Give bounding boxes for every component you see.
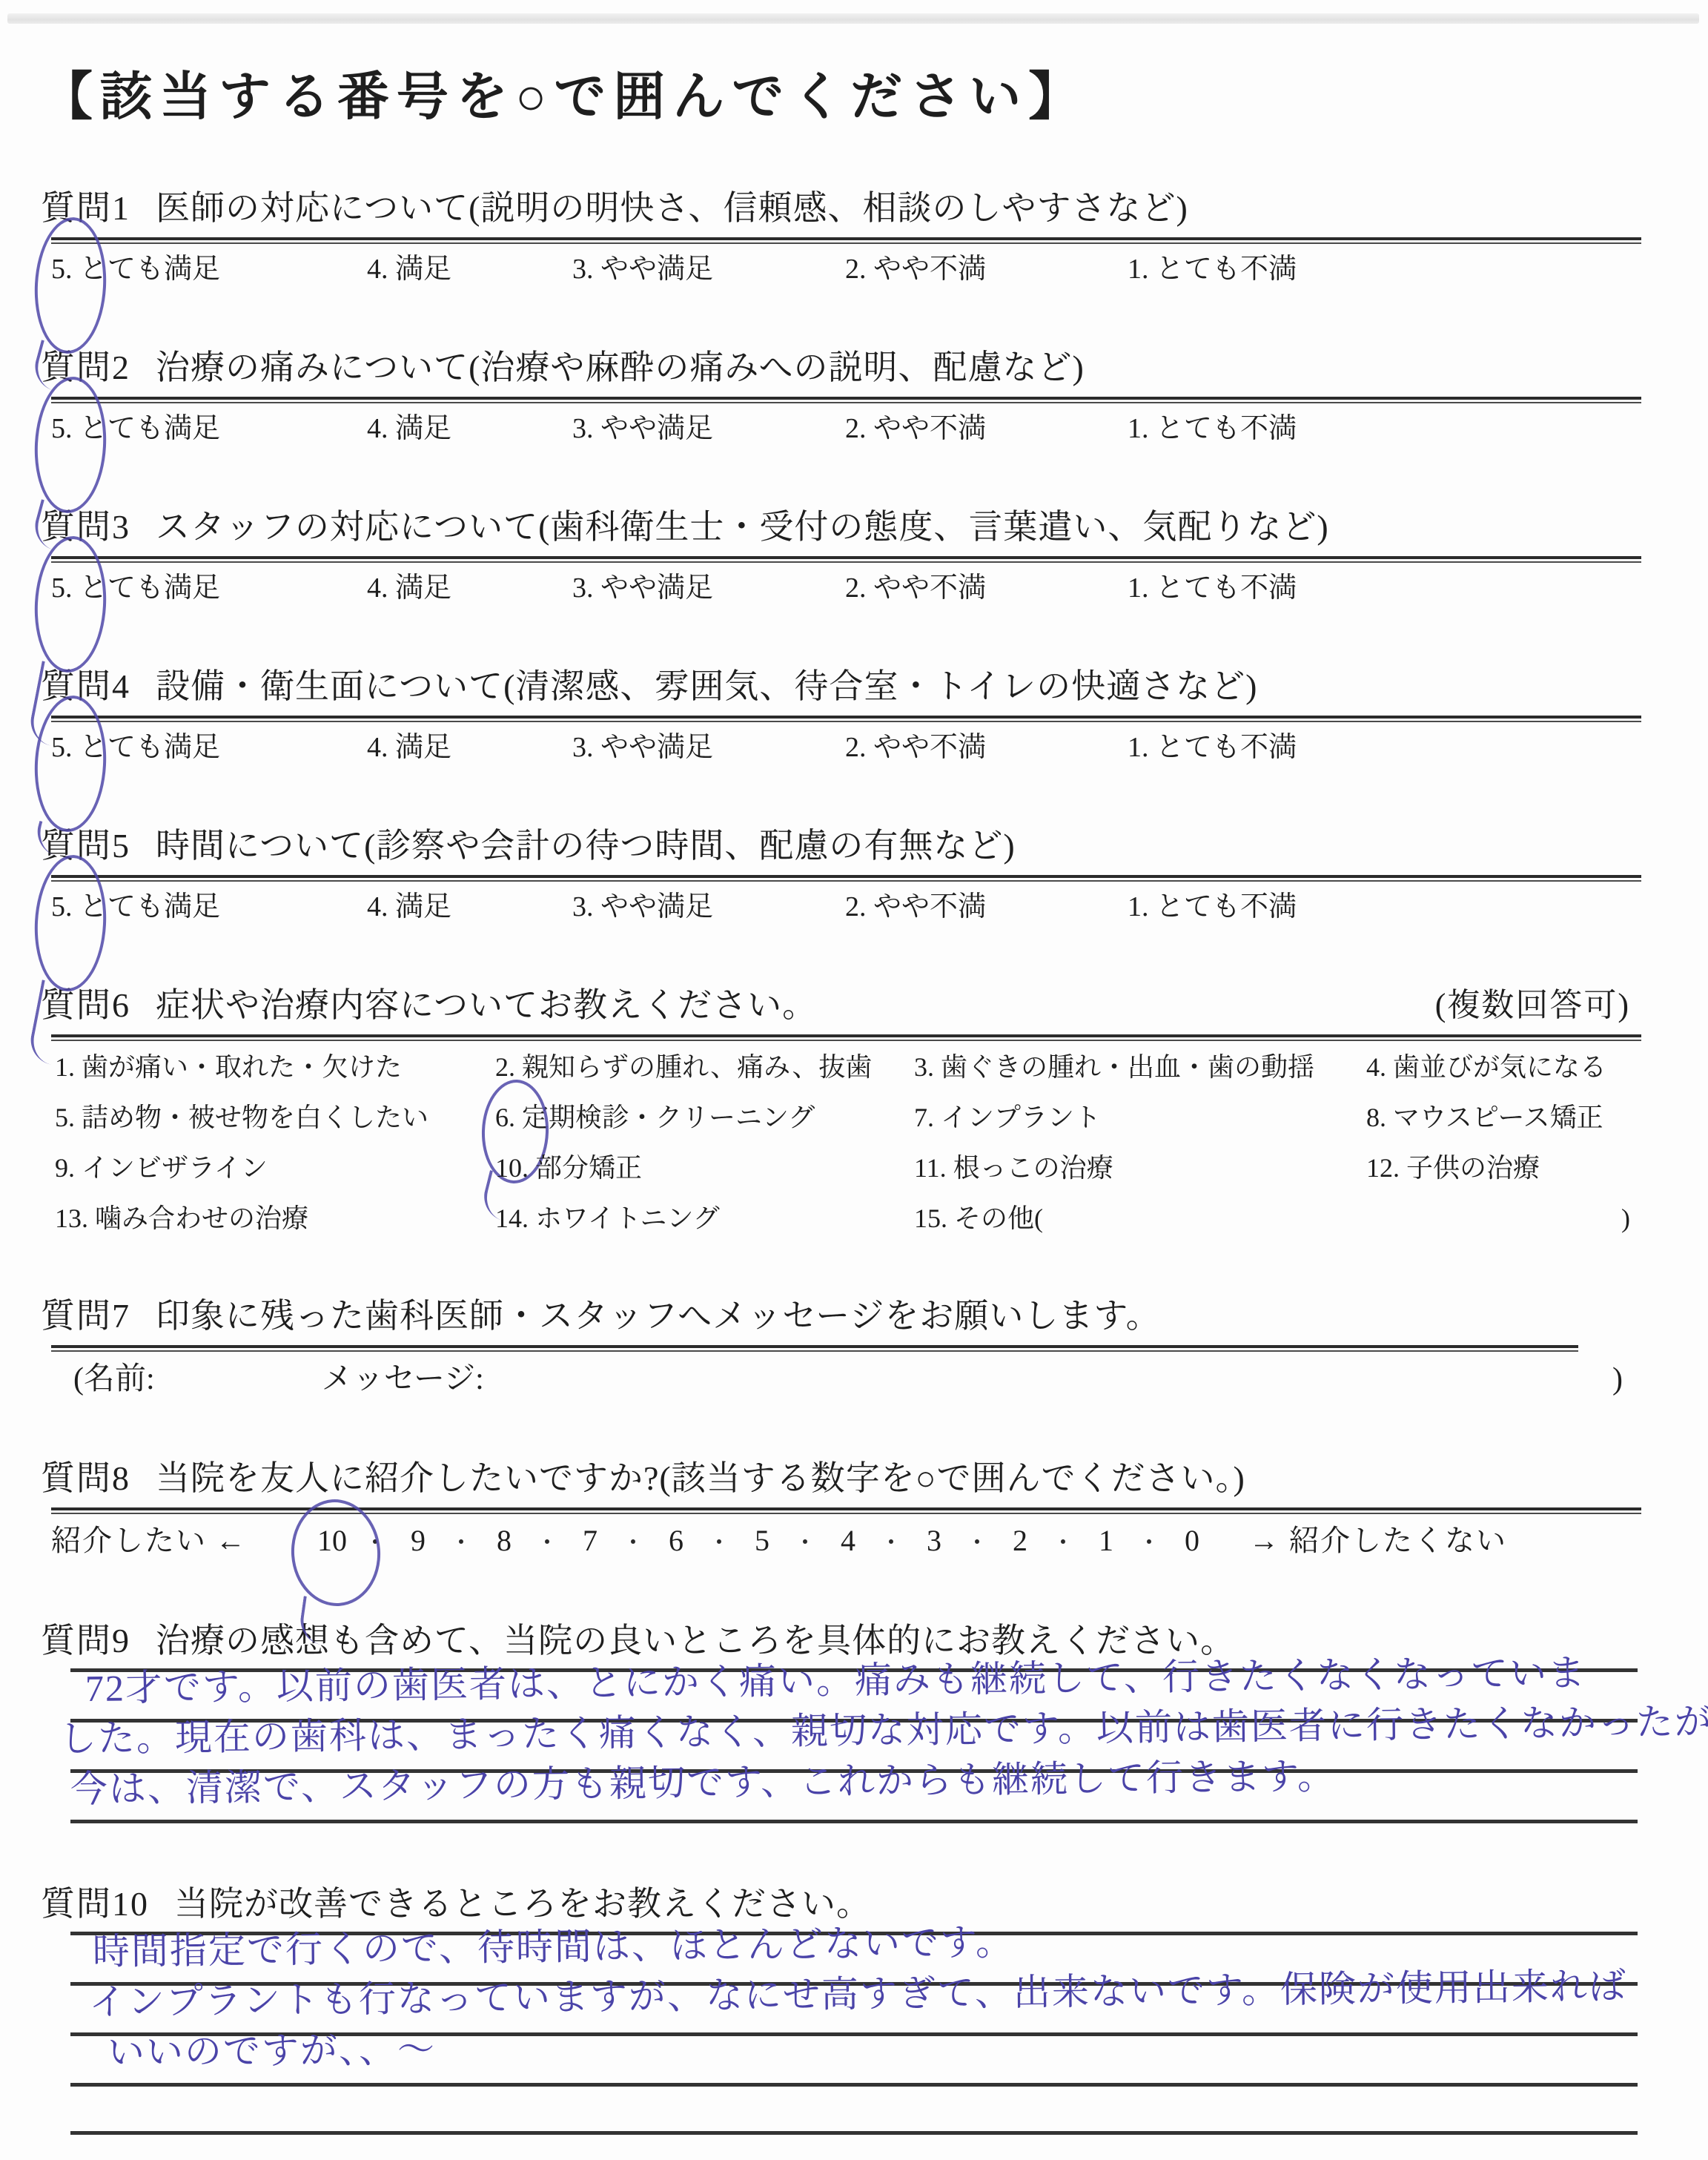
question-10-header: 質問10 当院が改善できるところをお教えください。 — [41, 1883, 1667, 1926]
page-bottom-writing-line — [70, 2131, 1638, 2135]
likert-options-row: 5. とても満足 4. 満足 3. やや満足 2. やや不満 1. とても不満 — [41, 411, 1667, 446]
handwritten-circle-annotation — [31, 535, 109, 675]
question-label: 質問10 — [41, 1883, 149, 1926]
question-text: 症状や治療内容についてお教えください。 — [156, 984, 817, 1027]
scale-dot-separator: ・ — [698, 1523, 741, 1562]
symptom-option-1[interactable]: 1. 歯が痛い・取れた・欠けた — [55, 1050, 495, 1084]
question-label: 質問7 — [41, 1295, 130, 1338]
symptom-option-3[interactable]: 3. 歯ぐきの腫れ・出血・歯の動揺 — [914, 1050, 1366, 1084]
symptom-option-label: 4. 歯並びが気になる — [1366, 1052, 1606, 1082]
nps-number-5[interactable]: 5 — [741, 1522, 784, 1560]
likert-option-1[interactable]: 1. とても不満 — [1128, 251, 1297, 287]
likert-option-5[interactable]: 5. とても満足 — [51, 411, 367, 446]
nps-left-label: 紹介したい ← — [51, 1522, 311, 1560]
question-text: 時間について(診察や会計の待つ時間、配慮の有無など) — [156, 825, 1016, 868]
ruled-line — [51, 1507, 1641, 1514]
likert-option-2[interactable]: 2. やや不満 — [845, 889, 1128, 925]
question-8-header: 質問8 当院を友人に紹介したいですか?(該当する数字を○で囲んでください。) — [41, 1457, 1667, 1500]
likert-options-row: 5. とても満足 4. 満足 3. やや満足 2. やや不満 1. とても不満 — [41, 251, 1667, 287]
ruled-line — [51, 237, 1641, 244]
likert-option-label: 5. とても満足 — [51, 732, 220, 763]
multiple-answers-note: (複数回答可) — [1435, 984, 1630, 1027]
symptom-option-9[interactable]: 9. インビザライン — [55, 1151, 495, 1185]
question-text: 医師の対応について(説明の明快さ、信頼感、相談のしやすさなど) — [156, 187, 1188, 230]
question-label: 質問1 — [41, 187, 130, 230]
symptom-option-5[interactable]: 5. 詰め物・被せ物を白くしたい — [55, 1100, 495, 1135]
question-label: 質問3 — [41, 506, 130, 549]
symptom-option-12[interactable]: 12. 子供の治療 — [1366, 1151, 1667, 1185]
likert-option-label: 5. とても満足 — [51, 572, 220, 604]
symptom-option-label: 14. ホワイトニング — [495, 1203, 720, 1233]
nps-number-3[interactable]: 3 — [913, 1522, 956, 1560]
question-2-section: 質問2 治療の痛みについて(治療や麻酔の痛みへの説明、配慮など) 5. とても満… — [41, 346, 1667, 446]
likert-option-2[interactable]: 2. やや不満 — [845, 251, 1128, 287]
likert-option-2[interactable]: 2. やや不満 — [845, 730, 1128, 765]
scale-dot-separator: ・ — [1128, 1523, 1171, 1562]
survey-form-scan: 【該当する番号を○で囲んでください】 質問1 医師の対応について(説明の明快さ、… — [0, 0, 1708, 2160]
nps-number-label: 1 — [1099, 1524, 1113, 1557]
question-1-section: 質問1 医師の対応について(説明の明快さ、信頼感、相談のしやすさなど) 5. と… — [41, 187, 1667, 287]
likert-option-label: 5. とても満足 — [51, 891, 220, 922]
symptom-option-label: 3. 歯ぐきの腫れ・出血・歯の動揺 — [914, 1052, 1314, 1082]
nps-number-label: 10 — [317, 1524, 347, 1557]
likert-option-4[interactable]: 4. 満足 — [367, 570, 572, 606]
handwritten-circle-annotation — [31, 375, 109, 515]
likert-option-5[interactable]: 5. とても満足 — [51, 570, 367, 606]
question-6-title: 質問6 症状や治療内容についてお教えください。 — [41, 984, 817, 1027]
scale-dot-separator: ・ — [440, 1523, 483, 1562]
question-label: 質問9 — [41, 1619, 130, 1662]
symptom-option-14[interactable]: 14. ホワイトニング — [495, 1201, 914, 1235]
symptom-option-13[interactable]: 13. 噛み合わせの治療 — [55, 1201, 495, 1235]
question-text: 治療の痛みについて(治療や麻酔の痛みへの説明、配慮など) — [156, 346, 1085, 389]
handwritten-answer-line: インプラントも行なっていますが、なにせ高すぎて、出来ないです。保険が使用出来れば — [41, 1986, 1667, 2032]
handwritten-answer-line: いいのですが、、〜 — [41, 2036, 1667, 2083]
likert-options-row: 5. とても満足 4. 満足 3. やや満足 2. やや不満 1. とても不満 — [41, 889, 1667, 925]
handwritten-text: 時間指定で行くので、待時間は、ほとんどないです。 — [93, 1920, 1015, 1974]
nps-number-10[interactable]: 10 — [311, 1522, 354, 1560]
symptom-option-label: 7. インプラント — [914, 1103, 1101, 1132]
symptom-option-label: 8. マウスピース矯正 — [1366, 1103, 1603, 1132]
symptom-option-label: 1. 歯が痛い・取れた・欠けた — [55, 1052, 402, 1082]
question-label: 質問8 — [41, 1457, 130, 1500]
likert-option-4[interactable]: 4. 満足 — [367, 251, 572, 287]
nps-number-2[interactable]: 2 — [999, 1522, 1042, 1560]
likert-option-label: 3. やや満足 — [572, 732, 713, 763]
writing-line — [70, 2083, 1638, 2087]
likert-option-label: 4. 満足 — [367, 732, 451, 763]
likert-option-3[interactable]: 3. やや満足 — [572, 570, 845, 606]
question-2-header: 質問2 治療の痛みについて(治療や麻酔の痛みへの説明、配慮など) — [41, 346, 1667, 389]
nps-scale-row: 紹介したい ← 10 ・ 9 ・ 8 ・ 7 ・ 6 ・ 5 ・ 4 ・ 3 ・… — [41, 1522, 1667, 1560]
likert-option-label: 4. 満足 — [367, 254, 451, 285]
likert-option-label: 3. やや満足 — [572, 572, 713, 604]
ruled-line — [51, 1034, 1641, 1041]
question-4-header: 質問4 設備・衛生面について(清潔感、雰囲気、待合室・トイレの快適さなど) — [41, 665, 1667, 708]
likert-option-label: 1. とても不満 — [1128, 891, 1297, 922]
likert-option-label: 1. とても不満 — [1128, 732, 1297, 763]
question-5-header: 質問5 時間について(診察や会計の待つ時間、配慮の有無など) — [41, 825, 1667, 868]
likert-option-label: 1. とても不満 — [1128, 413, 1297, 444]
likert-option-label: 4. 満足 — [367, 891, 451, 922]
handwritten-answer-line: 今は、清潔で、スタッフの方も親切です、これからも継続して行きます。 — [41, 1773, 1667, 1820]
question-5-section: 質問5 時間について(診察や会計の待つ時間、配慮の有無など) 5. とても満足 … — [41, 825, 1667, 925]
nps-number-label: 2 — [1013, 1524, 1027, 1557]
symptom-option-label: 15. その他( — [914, 1203, 1043, 1233]
form-content: 【該当する番号を○で囲んでください】 質問1 医師の対応について(説明の明快さ、… — [0, 0, 1708, 2135]
handwritten-text: いいのですが、、〜 — [107, 2027, 437, 2075]
handwritten-circle-annotation — [31, 694, 109, 834]
symptom-option-label: 10. 部分矯正 — [495, 1153, 642, 1183]
question-text: 当院を友人に紹介したいですか?(該当する数字を○で囲んでください。) — [156, 1457, 1245, 1500]
handwritten-circle-annotation — [31, 853, 109, 994]
question-text: スタッフの対応について(歯科衛生士・受付の態度、言葉遣い、気配りなど) — [156, 506, 1329, 549]
question-6-header: 質問6 症状や治療内容についてお教えください。 (複数回答可) — [41, 984, 1667, 1027]
likert-option-label: 2. やや不満 — [845, 413, 986, 444]
likert-option-5[interactable]: 5. とても満足 — [51, 251, 367, 287]
symptom-option-label: 6. 定期検診・クリーニング — [495, 1103, 815, 1132]
question-label: 質問5 — [41, 825, 130, 868]
nps-number-0[interactable]: 0 — [1171, 1522, 1214, 1560]
question-label: 質問4 — [41, 665, 130, 708]
question-10-section: 質問10 当院が改善できるところをお教えください。 時間指定で行くので、待時間は… — [41, 1883, 1667, 2087]
symptom-option-label: 5. 詰め物・被せ物を白くしたい — [55, 1103, 428, 1132]
question-4-section: 質問4 設備・衛生面について(清潔感、雰囲気、待合室・トイレの快適さなど) 5.… — [41, 665, 1667, 765]
likert-option-1[interactable]: 1. とても不満 — [1128, 889, 1297, 925]
nps-number-label: 0 — [1185, 1524, 1199, 1557]
symptom-option-label: 12. 子供の治療 — [1366, 1153, 1540, 1183]
likert-option-4[interactable]: 4. 満足 — [367, 889, 572, 925]
likert-option-label: 3. やや満足 — [572, 413, 713, 444]
scale-dot-separator: ・ — [1042, 1523, 1085, 1562]
nps-number-8[interactable]: 8 — [483, 1522, 526, 1560]
likert-option-3[interactable]: 3. やや満足 — [572, 411, 845, 446]
ruled-line — [51, 875, 1641, 882]
scale-dot-separator: ・ — [612, 1523, 655, 1562]
answer-area: 72才です。以前の歯医者は、とにかく痛い。痛みも継続して、行きたくなくなっていま… — [41, 1668, 1667, 1823]
likert-option-5[interactable]: 5. とても満足 — [51, 889, 367, 925]
nps-number-label: 4 — [841, 1524, 855, 1557]
symptom-option-4[interactable]: 4. 歯並びが気になる — [1366, 1050, 1667, 1084]
likert-option-1[interactable]: 1. とても不満 — [1128, 570, 1297, 606]
scale-dot-separator: ・ — [354, 1523, 397, 1562]
symptom-option-15-other[interactable]: 15. その他( — [914, 1201, 1366, 1235]
question-3-section: 質問3 スタッフの対応について(歯科衛生士・受付の態度、言葉遣い、気配りなど) … — [41, 506, 1667, 606]
nps-number-1[interactable]: 1 — [1085, 1522, 1128, 1560]
message-field-label: メッセージ: — [322, 1361, 484, 1398]
likert-option-3[interactable]: 3. やや満足 — [572, 730, 845, 765]
scale-dot-separator: ・ — [526, 1523, 569, 1562]
symptom-option-10[interactable]: 10. 部分矯正 — [495, 1151, 914, 1185]
likert-option-label: 3. やや満足 — [572, 891, 713, 922]
scale-dot-separator: ・ — [784, 1523, 827, 1562]
ruled-line — [51, 397, 1641, 403]
question-text: 印象に残った歯科医師・スタッフへメッセージをお願いします。 — [156, 1295, 1161, 1338]
likert-option-label: 5. とても満足 — [51, 413, 220, 444]
nps-number-label: 8 — [497, 1524, 512, 1557]
likert-option-label: 5. とても満足 — [51, 254, 220, 285]
ruled-line — [51, 716, 1641, 722]
nps-number-label: 7 — [583, 1524, 598, 1557]
likert-option-label: 2. やや不満 — [845, 254, 986, 285]
symptom-option-label: 9. インビザライン — [55, 1153, 268, 1183]
symptom-option-7[interactable]: 7. インプラント — [914, 1100, 1366, 1135]
scale-dot-separator: ・ — [956, 1523, 999, 1562]
form-title: 【該当する番号を○で囲んでください】 — [41, 68, 1667, 128]
nps-right-label: → 紹介したくない — [1249, 1522, 1507, 1560]
symptom-option-2[interactable]: 2. 親知らずの腫れ、痛み、抜歯 — [495, 1050, 914, 1084]
question-text: 設備・衛生面について(清潔感、雰囲気、待合室・トイレの快適さなど) — [156, 665, 1257, 708]
question-9-section: 質問9 治療の感想も含めて、当院の良いところを具体的にお教えください。 72才で… — [41, 1619, 1667, 1823]
symptom-options-grid: 1. 歯が痛い・取れた・欠けた 2. 親知らずの腫れ、痛み、抜歯 3. 歯ぐきの… — [41, 1050, 1667, 1235]
likert-options-row: 5. とても満足 4. 満足 3. やや満足 2. やや不満 1. とても不満 — [41, 570, 1667, 606]
nps-number-7[interactable]: 7 — [569, 1522, 612, 1560]
nps-number-4[interactable]: 4 — [827, 1522, 870, 1560]
symptom-option-label: 13. 噛み合わせの治療 — [55, 1203, 308, 1233]
symptom-option-11[interactable]: 11. 根っこの治療 — [914, 1151, 1366, 1185]
likert-option-label: 3. やや満足 — [572, 254, 713, 285]
handwritten-circle-annotation — [31, 216, 109, 356]
likert-option-label: 1. とても不満 — [1128, 254, 1297, 285]
nps-number-9[interactable]: 9 — [397, 1522, 440, 1560]
likert-option-label: 4. 満足 — [367, 413, 451, 444]
other-option-close-paren: ) — [1366, 1201, 1667, 1235]
symptom-option-6[interactable]: 6. 定期検診・クリーニング — [495, 1100, 914, 1135]
nps-number-label: 5 — [755, 1524, 769, 1557]
name-field-label: (名前: — [73, 1361, 155, 1398]
likert-option-3[interactable]: 3. やや満足 — [572, 889, 845, 925]
writing-line — [70, 1820, 1638, 1823]
nps-number-label: 9 — [411, 1524, 426, 1557]
question-text: 当院が改善できるところをお教えください。 — [174, 1883, 871, 1926]
question-label: 質問2 — [41, 346, 130, 389]
question-6-section: 質問6 症状や治療内容についてお教えください。 (複数回答可) 1. 歯が痛い・… — [41, 984, 1667, 1235]
message-field-row: (名前: メッセージ: ) — [41, 1361, 1667, 1398]
likert-option-label: 1. とても不満 — [1128, 572, 1297, 604]
question-7-section: 質問7 印象に残った歯科医師・スタッフへメッセージをお願いします。 (名前: メ… — [41, 1295, 1667, 1398]
likert-options-row: 5. とても満足 4. 満足 3. やや満足 2. やや不満 1. とても不満 — [41, 730, 1667, 765]
scale-dot-separator: ・ — [870, 1523, 913, 1562]
likert-option-1[interactable]: 1. とても不満 — [1128, 730, 1297, 765]
likert-option-2[interactable]: 2. やや不満 — [845, 570, 1128, 606]
ruled-line — [51, 556, 1641, 563]
answer-area: 時間指定で行くので、待時間は、ほとんどないです。 インプラントも行なっていますが… — [41, 1932, 1667, 2087]
likert-option-label: 2. やや不満 — [845, 891, 986, 922]
symptom-option-8[interactable]: 8. マウスピース矯正 — [1366, 1100, 1667, 1135]
question-8-section: 質問8 当院を友人に紹介したいですか?(該当する数字を○で囲んでください。) 紹… — [41, 1457, 1667, 1560]
symptom-option-label: 11. 根っこの治療 — [914, 1153, 1113, 1183]
question-label: 質問6 — [41, 984, 130, 1027]
likert-option-label: 2. やや不満 — [845, 572, 986, 604]
likert-option-label: 2. やや不満 — [845, 732, 986, 763]
nps-number-label: 6 — [669, 1524, 683, 1557]
likert-option-3[interactable]: 3. やや満足 — [572, 251, 845, 287]
likert-option-1[interactable]: 1. とても不満 — [1128, 411, 1297, 446]
likert-option-label: 4. 満足 — [367, 572, 451, 604]
likert-option-2[interactable]: 2. やや不満 — [845, 411, 1128, 446]
ruled-line — [51, 1345, 1578, 1352]
field-close-paren: ) — [1612, 1361, 1623, 1398]
question-1-header: 質問1 医師の対応について(説明の明快さ、信頼感、相談のしやすさなど) — [41, 187, 1667, 230]
question-3-header: 質問3 スタッフの対応について(歯科衛生士・受付の態度、言葉遣い、気配りなど) — [41, 506, 1667, 549]
likert-option-4[interactable]: 4. 満足 — [367, 411, 572, 446]
likert-option-5[interactable]: 5. とても満足 — [51, 730, 367, 765]
nps-number-6[interactable]: 6 — [655, 1522, 698, 1560]
question-7-header: 質問7 印象に残った歯科医師・スタッフへメッセージをお願いします。 — [41, 1295, 1667, 1338]
symptom-option-label: 2. 親知らずの腫れ、痛み、抜歯 — [495, 1052, 872, 1082]
nps-number-label: 3 — [927, 1524, 941, 1557]
likert-option-4[interactable]: 4. 満足 — [367, 730, 572, 765]
